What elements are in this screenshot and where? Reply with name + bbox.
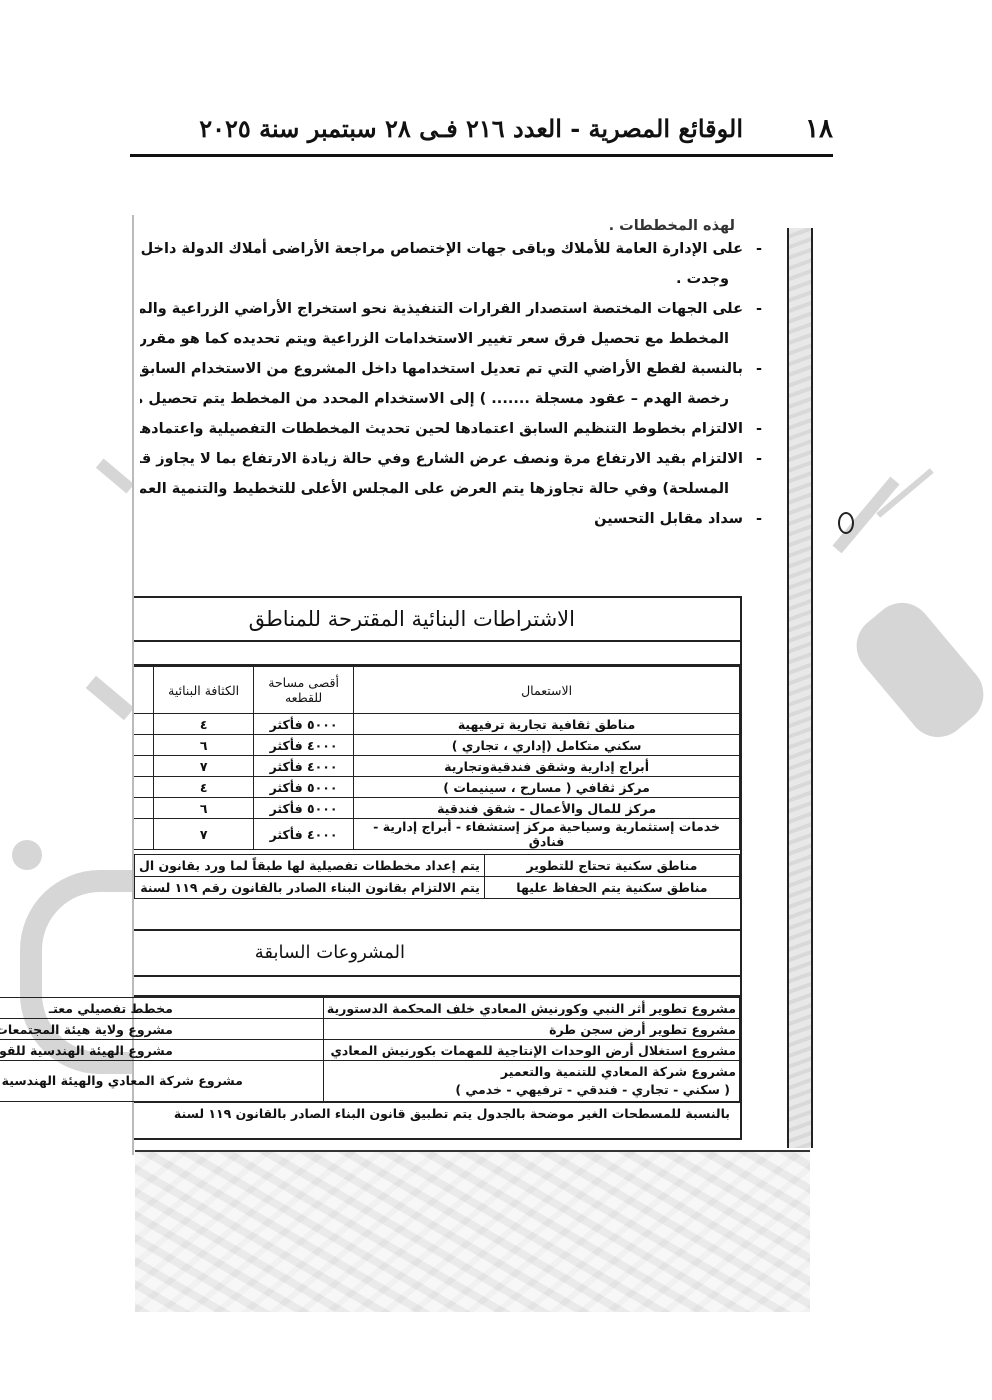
watermark-stroke-icon	[86, 676, 135, 720]
table-row: مشروع استغلال أرض الوحدات الإنتاجية للمه…	[0, 1040, 740, 1061]
table-row: مناطق ثقافية تجارية ترفيهية ٥٠٠٠ فأكثر ٤	[134, 714, 740, 735]
building-conditions-panel: الاشتراطات البنائية المقترحة للمناطق الا…	[134, 596, 742, 1140]
previous-projects-table: مشروع تطوير أثر النبي وكورنيش المعادي خل…	[0, 997, 740, 1102]
table-row: أبراج إدارية وشقق فندقيةوتجارية ٤٠٠٠ فأك…	[134, 756, 740, 777]
bullet-item-cont: رخصة الهدم – عقود مسجلة ....... ) إلى ال…	[140, 384, 765, 414]
watermark-stroke-icon	[96, 459, 134, 494]
bullet-item: على الإدارة العامة للأملاك وباقى جهات ال…	[140, 234, 765, 264]
cut-off-text: لهذه المخططات .	[609, 218, 735, 234]
bullet-item: على الجهات المختصة استصدار القرارات التن…	[140, 294, 765, 324]
watermark-dot-icon	[12, 840, 42, 870]
page-number: ١٨	[805, 114, 833, 144]
table-row: مركز ثقافي ( مسارح ، سينيمات ) ٥٠٠٠ فأكث…	[134, 777, 740, 798]
residential-zones-table: مناطق سكنية تحتاج للتطوير يتم إعداد مخطط…	[134, 854, 740, 899]
table-header-row: الاستعمال أقصى مساحة للقطعه الكثافة البن…	[134, 667, 740, 714]
table-row: مركز للمال والأعمال - شقق فندقية ٥٠٠٠ فأ…	[134, 798, 740, 819]
bullet-item: بالنسبة لقطع الأراضي التي تم تعديل استخد…	[140, 354, 765, 384]
section-title: المشروعات السابقة	[134, 929, 740, 977]
bullet-item-cont: المخطط مع تحصيل فرق سعر تغيير الاستخداما…	[140, 324, 765, 354]
bullet-item: سداد مقابل التحسين	[140, 504, 765, 534]
map-frame-border	[787, 228, 813, 1148]
page-header: ١٨ الوقائع المصرية - العدد ٢١٦ فـى ٢٨ سب…	[130, 108, 833, 157]
conditions-list: لهذه المخططات . -على الإدارة العامة للأم…	[140, 218, 765, 534]
background-map-image	[135, 1150, 810, 1312]
column-header: الاستعمال	[354, 667, 740, 714]
margin-mark	[838, 512, 854, 534]
table-row: مشروع تطوير أثر النبي وكورنيش المعادي خل…	[0, 998, 740, 1019]
column-header: أقصى مساحة للقطعه	[254, 667, 354, 714]
bullet-item: الالتزام بقيد الارتفاع مرة ونصف عرض الشا…	[140, 444, 765, 474]
table-row: مناطق سكنية يتم الحفاظ عليها يتم الالتزا…	[135, 877, 740, 899]
table-row: مناطق سكنية تحتاج للتطوير يتم إعداد مخطط…	[135, 855, 740, 877]
section-title: الاشتراطات البنائية المقترحة للمناطق	[134, 598, 740, 642]
table-footnote: بالنسبة للمسطحات الغير موضحة بالجدول يتم…	[134, 1102, 740, 1125]
building-conditions-table: الاستعمال أقصى مساحة للقطعه الكثافة البن…	[134, 666, 740, 850]
bullet-item-cont: وجدت .	[140, 264, 765, 294]
bullet-item: الالتزام بخطوط التنظيم السابق اعتمادها ل…	[140, 414, 765, 444]
column-header: الكثافة البنائية	[154, 667, 254, 714]
watermark-text-icon	[844, 591, 992, 750]
table-row: مشروع شركة المعادي للتنمية والتعمير ( سك…	[0, 1061, 740, 1102]
bullet-item-cont: المسلحة) وفي حالة تجاوزها يتم العرض على …	[140, 474, 765, 504]
gazette-title: الوقائع المصرية - العدد ٢١٦ فـى ٢٨ سبتمب…	[199, 114, 743, 143]
table-row: سكني متكامل (إداري ، تجاري ) ٤٠٠٠ فأكثر …	[134, 735, 740, 756]
table-row: خدمات إستثمارية وسياحية مركز إستشفاء - أ…	[134, 819, 740, 850]
table-row: مشروع تطوير أرض سجن طرة مشروع ولاية هيئة…	[0, 1019, 740, 1040]
